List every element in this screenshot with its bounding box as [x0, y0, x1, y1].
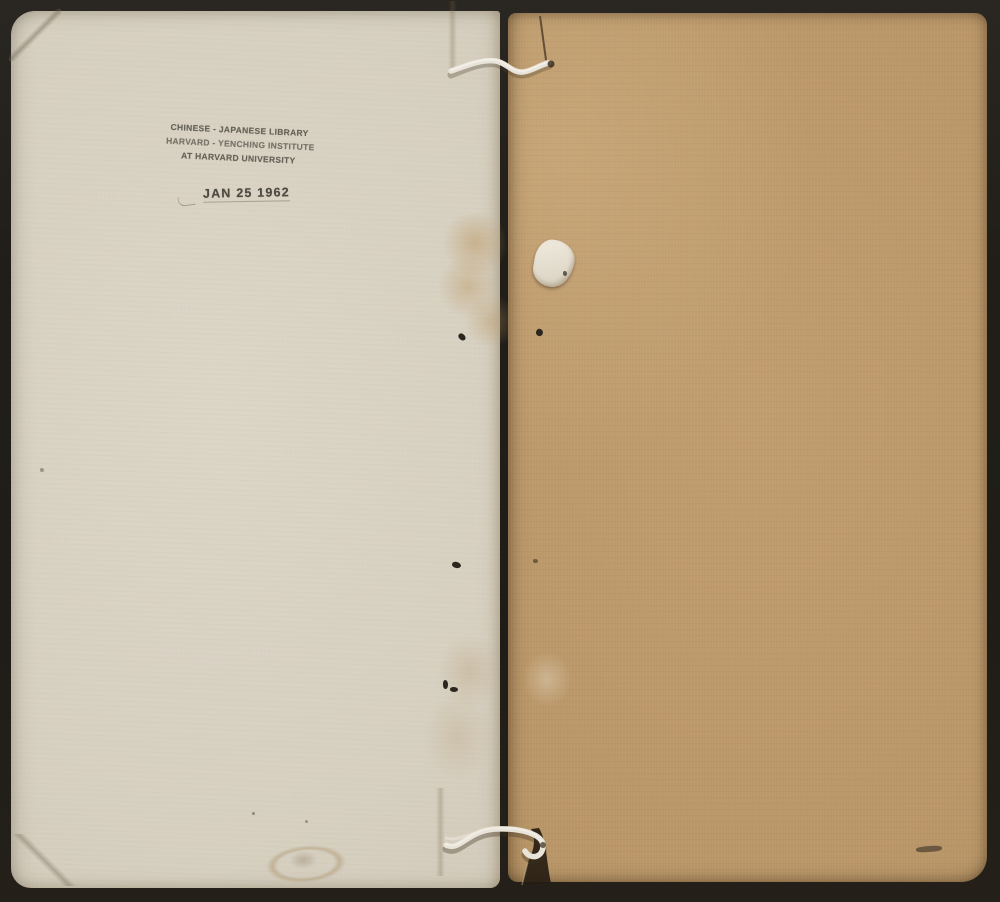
scanned-book-spread: CHINESE - JAPANESE LIBRARY HARVARD - YEN…: [0, 0, 1000, 902]
freckle: [305, 820, 308, 823]
gutter-crease-bottom: [436, 788, 445, 876]
ink-speck: [533, 559, 538, 563]
library-stamp: CHINESE - JAPANESE LIBRARY HARVARD - YEN…: [165, 120, 313, 169]
corner-fold-top-left: [9, 9, 61, 61]
paper-texture: [508, 13, 987, 882]
ink-speck: [563, 271, 567, 276]
freckle: [252, 812, 255, 815]
right-page: [508, 13, 987, 882]
ink-speck: [450, 687, 458, 692]
corner-fold-bottom-left: [13, 834, 75, 886]
freckle: [40, 468, 44, 472]
gutter-crease-top: [448, 1, 457, 71]
ink-speck: [443, 680, 448, 689]
date-stamp: JAN 25 1962: [203, 185, 290, 203]
